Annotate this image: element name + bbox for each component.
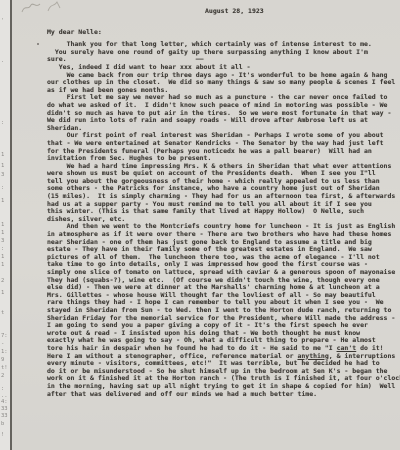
edge-bleed-fragment: 1:	[1, 349, 8, 355]
edge-bleed-fragment: 1	[1, 254, 4, 260]
edge-bleed-fragment: 3	[1, 238, 4, 244]
edge-bleed-fragment: 4:	[1, 399, 8, 405]
edge-bleed-fragment: !	[1, 432, 4, 438]
edge-bleed-fragment: t!	[1, 365, 8, 371]
edge-bleed-fragment: 1	[1, 198, 4, 204]
edge-bleed-fragment: :	[1, 185, 4, 191]
edge-bleed-fragment: 7:	[1, 333, 8, 339]
edge-bleed-fragment: 3	[1, 172, 4, 178]
edge-bleed-fragment: 9	[1, 357, 4, 363]
letter-salutation: My dear Nelle:	[47, 29, 400, 37]
edge-bleed-fragment: 33	[1, 413, 8, 419]
edge-bleed-fragment: 33	[1, 406, 8, 412]
letter-content: August 28, 1923 My dear Nelle: Thank you…	[0, 0, 400, 450]
edge-bleed-fragment: 1	[1, 262, 4, 268]
edge-bleed-fragment: t	[1, 310, 4, 316]
edge-bleed-fragment: :	[1, 386, 4, 392]
letter-body: Thank you for that long letter, which ce…	[47, 41, 400, 398]
edge-bleed-fragment: b	[1, 421, 4, 427]
letter-line: after that was delivered and off our min…	[47, 391, 400, 399]
edge-bleed-fragment: 1	[1, 222, 4, 228]
edge-bleed-fragment: 2	[1, 278, 4, 284]
edge-bleed-fragment: -	[1, 341, 4, 347]
edge-bleed-fragment: :	[1, 120, 4, 126]
edge-bleed-fragment: '	[1, 18, 4, 24]
edge-bleed-fragment: 1	[1, 163, 4, 169]
edge-bleed-fragment: 1	[1, 152, 4, 158]
scanned-letter-page: August 28, 1923 My dear Nelle: Thank you…	[0, 0, 400, 450]
letter-date: August 28, 1923	[205, 8, 400, 16]
edge-bleed-fragment: .	[1, 58, 4, 64]
letter-line: We did run into lots of rain and soapy r…	[47, 117, 400, 125]
edge-bleed-fragment: 1	[1, 230, 4, 236]
edge-bleed-fragment: 2	[1, 373, 4, 379]
edge-bleed-fragment: 1	[1, 290, 4, 296]
edge-bleed-fragment: :	[1, 246, 4, 252]
